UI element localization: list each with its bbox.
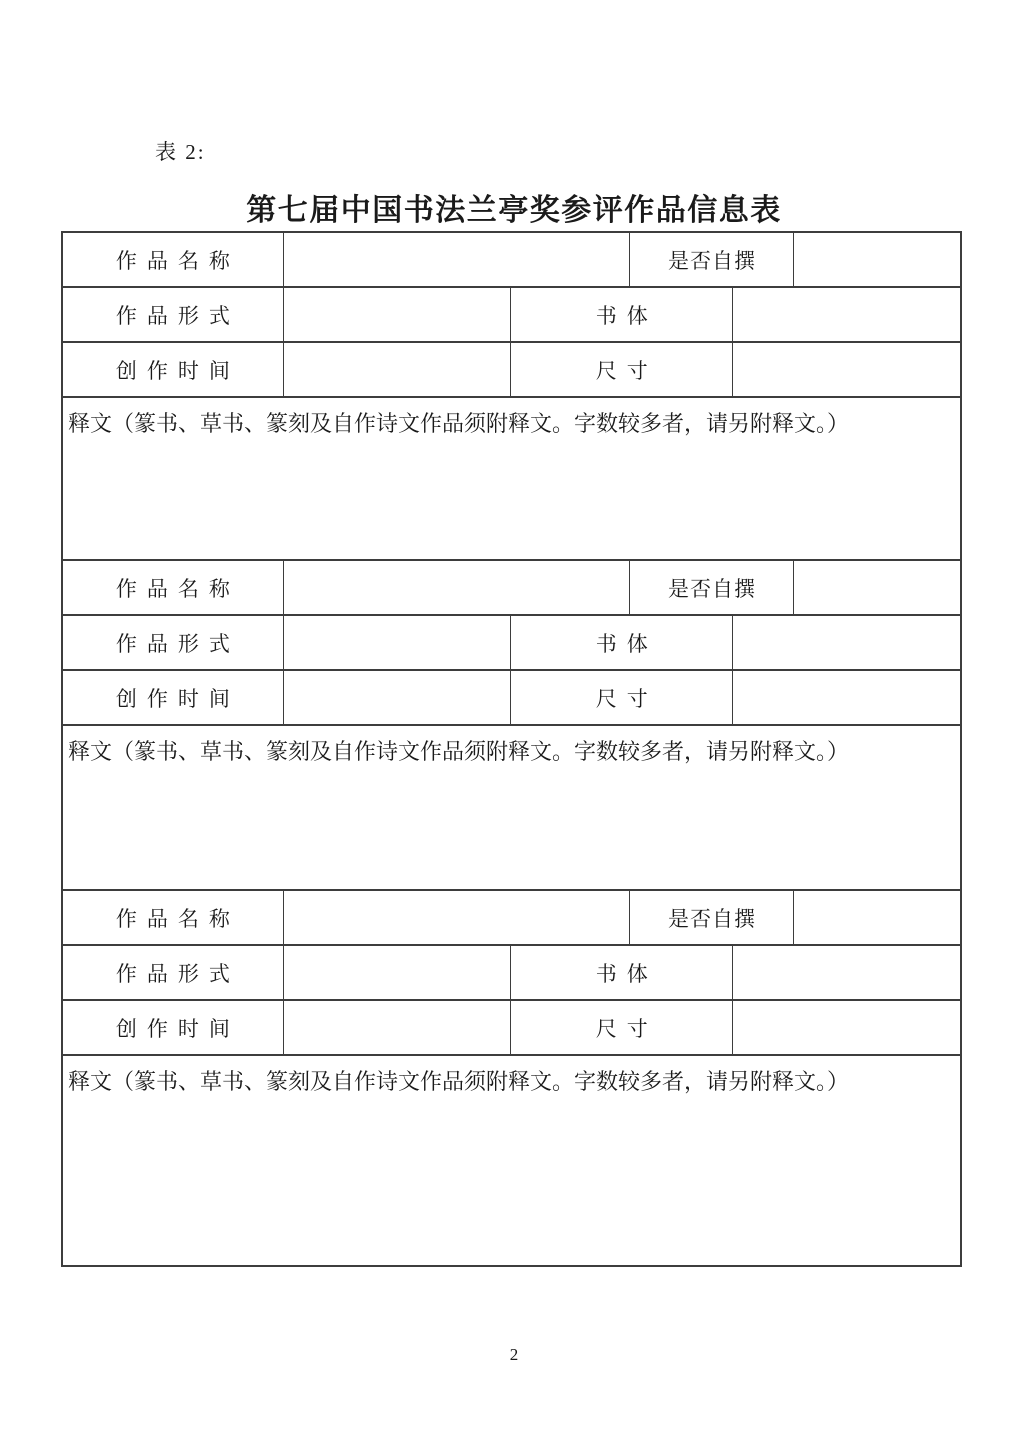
table-row: 作品形式 书体 xyxy=(63,946,960,1001)
interpretation-field[interactable]: 释文（篆书、草书、篆刻及自作诗文作品须附释文。字数较多者，请另附释文。） xyxy=(63,398,960,559)
table-row: 作品形式 书体 xyxy=(63,288,960,343)
table-row: 创作时间 尺寸 xyxy=(63,1001,960,1056)
creation-time-field[interactable] xyxy=(284,1001,512,1054)
work-name-label-text: 作品名称 xyxy=(106,573,240,603)
script-style-label: 书体 xyxy=(511,616,733,669)
table-row: 作品形式 书体 xyxy=(63,616,960,671)
interpretation-note: 释文（篆书、草书、篆刻及自作诗文作品须附释文。字数较多者，请另附释文。） xyxy=(68,411,849,436)
self-composed-field[interactable] xyxy=(794,891,960,944)
script-style-label-text: 书体 xyxy=(586,958,658,988)
table-row: 释文（篆书、草书、篆刻及自作诗文作品须附释文。字数较多者，请另附释文。） xyxy=(63,726,960,891)
table-number-label: 表 2: xyxy=(155,136,206,166)
size-label: 尺寸 xyxy=(511,343,733,396)
self-composed-label: 是否自撰 xyxy=(630,891,794,944)
script-style-label-text: 书体 xyxy=(586,628,658,658)
work-form-label-text: 作品形式 xyxy=(106,300,240,330)
work-name-label: 作品名称 xyxy=(63,891,284,944)
script-style-label-text: 书体 xyxy=(586,300,658,330)
size-label-text: 尺寸 xyxy=(586,683,658,713)
table-row: 创作时间 尺寸 xyxy=(63,671,960,726)
self-composed-label-text: 是否自撰 xyxy=(667,245,756,275)
creation-time-label-text: 创作时间 xyxy=(106,1013,240,1043)
work-form-label: 作品形式 xyxy=(63,946,284,999)
creation-time-label: 创作时间 xyxy=(63,671,284,724)
work-form-label-text: 作品形式 xyxy=(106,958,240,988)
creation-time-label: 创作时间 xyxy=(63,1001,284,1054)
work-name-field[interactable] xyxy=(284,891,630,944)
self-composed-label: 是否自撰 xyxy=(630,561,794,614)
work-form-field[interactable] xyxy=(284,616,512,669)
entry-block-2: 作品名称 是否自撰 作品形式 书体 创作时间 尺寸 释文（篆书、草书、篆刻及自作… xyxy=(63,561,960,891)
work-name-field[interactable] xyxy=(284,561,630,614)
creation-time-label-text: 创作时间 xyxy=(106,683,240,713)
script-style-label: 书体 xyxy=(511,288,733,341)
script-style-label: 书体 xyxy=(511,946,733,999)
size-label: 尺寸 xyxy=(511,1001,733,1054)
size-label: 尺寸 xyxy=(511,671,733,724)
size-field[interactable] xyxy=(733,671,960,724)
work-name-label-text: 作品名称 xyxy=(106,903,240,933)
entry-block-3: 作品名称 是否自撰 作品形式 书体 创作时间 尺寸 释文（篆书、草书、篆刻及自作… xyxy=(63,891,960,1265)
work-form-label: 作品形式 xyxy=(63,288,284,341)
script-style-field[interactable] xyxy=(733,946,960,999)
self-composed-label-text: 是否自撰 xyxy=(667,573,756,603)
creation-time-field[interactable] xyxy=(284,671,512,724)
entry-block-1: 作品名称 是否自撰 作品形式 书体 创作时间 尺寸 释文（篆书、草书、篆刻及自作… xyxy=(63,233,960,561)
self-composed-label: 是否自撰 xyxy=(630,233,794,286)
self-composed-field[interactable] xyxy=(794,561,960,614)
table-row: 作品名称 是否自撰 xyxy=(63,561,960,616)
interpretation-note: 释文（篆书、草书、篆刻及自作诗文作品须附释文。字数较多者，请另附释文。） xyxy=(68,1069,849,1094)
work-name-field[interactable] xyxy=(284,233,630,286)
creation-time-label: 创作时间 xyxy=(63,343,284,396)
table-row: 作品名称 是否自撰 xyxy=(63,891,960,946)
table-row: 创作时间 尺寸 xyxy=(63,343,960,398)
entry-info-table: 作品名称 是否自撰 作品形式 书体 创作时间 尺寸 释文（篆书、草书、篆刻及自作… xyxy=(61,231,962,1267)
document-page: 表 2: 第七届中国书法兰亭奖参评作品信息表 作品名称 是否自撰 作品形式 书体… xyxy=(0,0,1028,1454)
script-style-field[interactable] xyxy=(733,616,960,669)
self-composed-label-text: 是否自撰 xyxy=(667,903,756,933)
table-row: 释文（篆书、草书、篆刻及自作诗文作品须附释文。字数较多者，请另附释文。） xyxy=(63,1056,960,1265)
work-form-field[interactable] xyxy=(284,288,512,341)
work-name-label: 作品名称 xyxy=(63,561,284,614)
size-label-text: 尺寸 xyxy=(586,355,658,385)
creation-time-label-text: 创作时间 xyxy=(106,355,240,385)
table-row: 释文（篆书、草书、篆刻及自作诗文作品须附释文。字数较多者，请另附释文。） xyxy=(63,398,960,561)
work-name-label-text: 作品名称 xyxy=(106,245,240,275)
work-form-label-text: 作品形式 xyxy=(106,628,240,658)
script-style-field[interactable] xyxy=(733,288,960,341)
creation-time-field[interactable] xyxy=(284,343,512,396)
size-field[interactable] xyxy=(733,343,960,396)
work-form-label: 作品形式 xyxy=(63,616,284,669)
table-row: 作品名称 是否自撰 xyxy=(63,233,960,288)
page-number: 2 xyxy=(0,1345,1028,1365)
interpretation-field[interactable]: 释文（篆书、草书、篆刻及自作诗文作品须附释文。字数较多者，请另附释文。） xyxy=(63,726,960,889)
size-label-text: 尺寸 xyxy=(586,1013,658,1043)
interpretation-field[interactable]: 释文（篆书、草书、篆刻及自作诗文作品须附释文。字数较多者，请另附释文。） xyxy=(63,1056,960,1265)
work-name-label: 作品名称 xyxy=(63,233,284,286)
page-title: 第七届中国书法兰亭奖参评作品信息表 xyxy=(0,185,1028,229)
work-form-field[interactable] xyxy=(284,946,512,999)
interpretation-note: 释文（篆书、草书、篆刻及自作诗文作品须附释文。字数较多者，请另附释文。） xyxy=(68,739,849,764)
self-composed-field[interactable] xyxy=(794,233,960,286)
size-field[interactable] xyxy=(733,1001,960,1054)
